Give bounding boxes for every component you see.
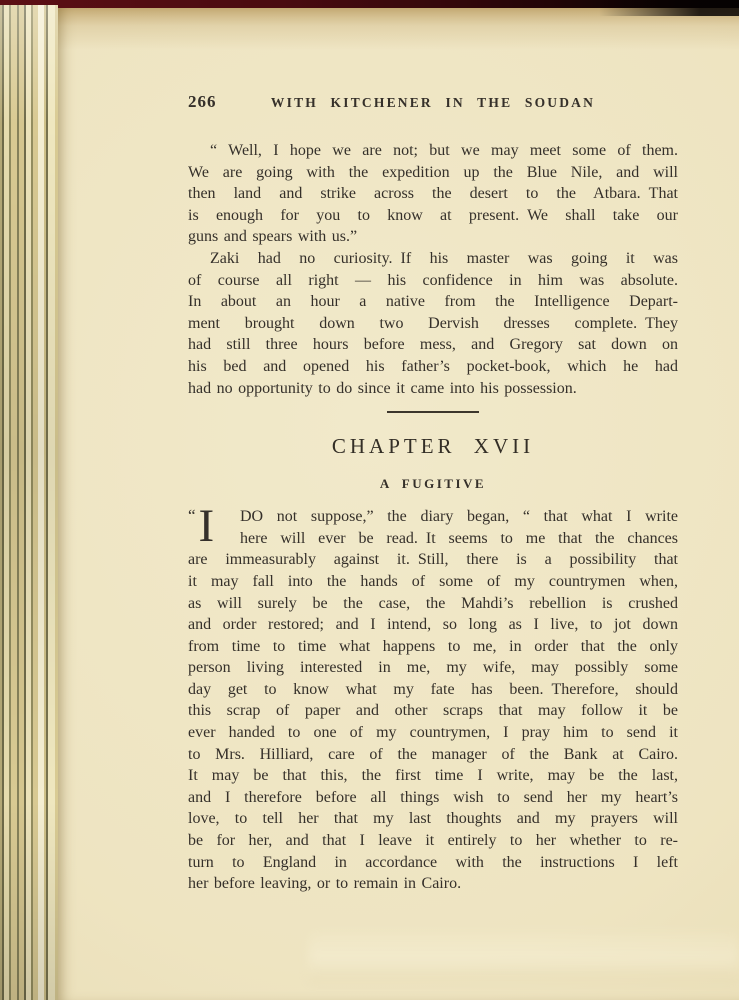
drop-cap-letter: I xyxy=(199,508,215,544)
text-line: had still three hours before mess, and G… xyxy=(188,334,678,356)
paragraph: Zaki had no curiosity. If his master was… xyxy=(188,248,678,399)
text-line: person living interested in me, my wife,… xyxy=(188,657,678,679)
page-header: 266 WITH KITCHENER IN THE SOUDAN xyxy=(188,88,678,116)
page-sheen-highlight xyxy=(309,927,739,982)
text-line: love, to tell her that my last thoughts … xyxy=(188,808,678,830)
text-line: guns and spears with us.” xyxy=(188,226,678,248)
book-page: 266 WITH KITCHENER IN THE SOUDAN “ Well,… xyxy=(58,8,739,1000)
text-line: are immeasurably against it. Still, ther… xyxy=(188,549,678,571)
text-line: Zaki had no curiosity. If his master was… xyxy=(188,248,678,270)
section-divider-rule xyxy=(387,411,479,413)
book-scan: 266 WITH KITCHENER IN THE SOUDAN “ Well,… xyxy=(0,0,739,1000)
top-right-corner-shadow xyxy=(599,0,739,16)
text-line: be for her, and that I leave it entirely… xyxy=(188,830,678,852)
text-line: as will surely be the case, the Mahdi’s … xyxy=(188,593,678,615)
text-line: turn to England in accordance with the i… xyxy=(188,852,678,874)
text-line: this scrap of paper and other scraps tha… xyxy=(188,700,678,722)
chapter-heading: CHAPTER XVII xyxy=(188,434,678,459)
text-line: of course all right — his confidence in … xyxy=(188,270,678,292)
text-line: ment brought down two Dervish dresses co… xyxy=(188,313,678,335)
text-line: In about an hour a native from the Intel… xyxy=(188,291,678,313)
text-line: it may fall into the hands of some of my… xyxy=(188,571,678,593)
text-line: had no opportunity to do since it came i… xyxy=(188,378,678,400)
text-line: from time to time what happens to me, in… xyxy=(188,636,678,658)
text-line: and order restored; and I intend, so lon… xyxy=(188,614,678,636)
page-text-column: 266 WITH KITCHENER IN THE SOUDAN “ Well,… xyxy=(188,88,678,895)
running-title: WITH KITCHENER IN THE SOUDAN xyxy=(188,88,678,111)
text-line: his bed and opened his father’s pocket-b… xyxy=(188,356,678,378)
text-line: her before leaving, or to remain in Cair… xyxy=(188,873,678,895)
stacked-page-edges xyxy=(0,5,58,1000)
text-line: to Mrs. Hilliard, care of the manager of… xyxy=(188,744,678,766)
text-line: “ Well, I hope we are not; but we may me… xyxy=(188,140,678,162)
chapter-subtitle: A FUGITIVE xyxy=(188,476,678,492)
text-line: day get to know what my fate has been. T… xyxy=(188,679,678,701)
drop-cap: “I xyxy=(188,506,240,549)
text-line: is enough for you to know at present. We… xyxy=(188,205,678,227)
text-line: It may be that this, the first time I wr… xyxy=(188,765,678,787)
text-line: then land and strike across the desert t… xyxy=(188,183,678,205)
text-line: and I therefore before all things wish t… xyxy=(188,787,678,809)
text-line: DO not suppose,” the diary began, “ that… xyxy=(188,506,678,528)
paragraph: “ Well, I hope we are not; but we may me… xyxy=(188,140,678,248)
text-line: here will ever be read. It seems to me t… xyxy=(188,528,678,550)
text-line: We are going with the expedition up the … xyxy=(188,162,678,184)
page-number: 266 xyxy=(188,92,217,112)
chapter-opening-paragraph: “I DO not suppose,” the diary began, “ t… xyxy=(188,506,678,895)
text-line: ever handed to one of my countrymen, I p… xyxy=(188,722,678,744)
drop-cap-quote: “ xyxy=(188,507,196,524)
